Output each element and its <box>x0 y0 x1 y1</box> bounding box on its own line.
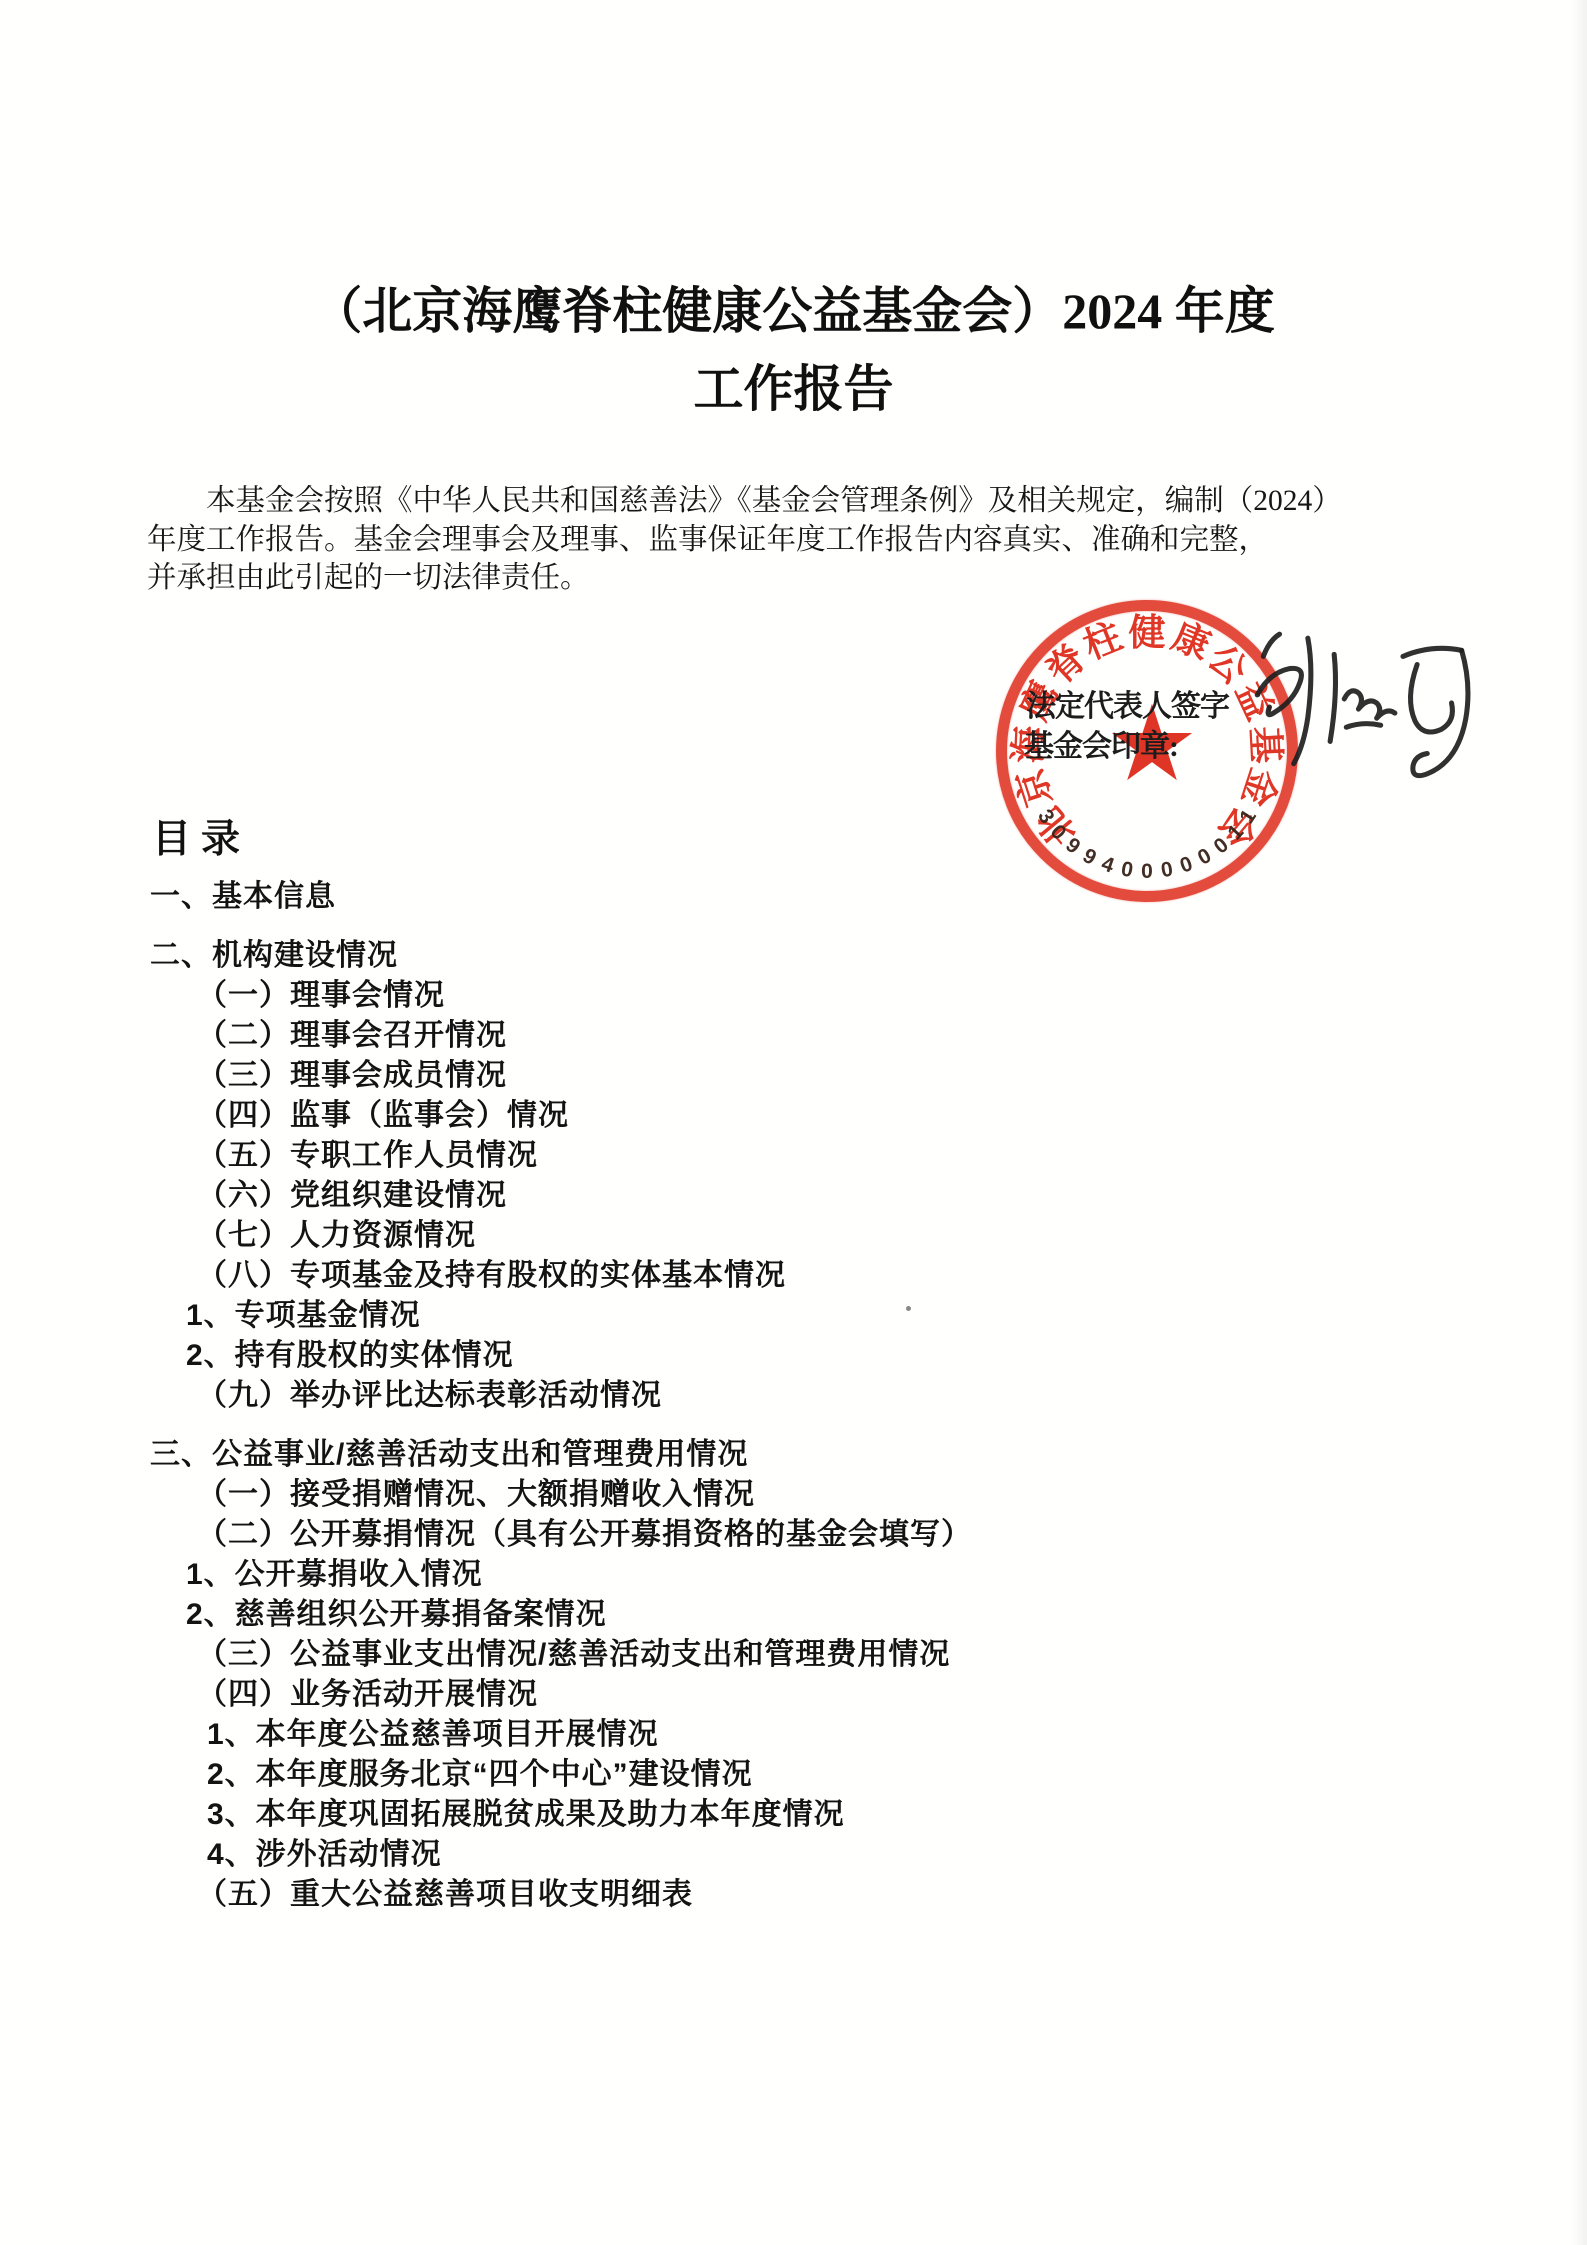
report-title: （北京海鹰脊柱健康公益基金会）2024 年度 工作报告 <box>0 272 1587 428</box>
toc-list: 一、基本信息 二、机构建设情况 （一）理事会情况 （二）理事会召开情况 （三）理… <box>0 877 1500 1915</box>
toc-item: 二、机构建设情况 <box>0 936 1500 976</box>
toc-item: （五）重大公益慈善项目收支明细表 <box>0 1875 1500 1915</box>
toc-item: 2、慈善组织公开募捐备案情况 <box>0 1595 1500 1635</box>
report-title-line1: （北京海鹰脊柱健康公益基金会）2024 年度 <box>0 272 1587 350</box>
toc-item: （四）业务活动开展情况 <box>0 1675 1500 1715</box>
toc-item: （一）接受捐赠情况、大额捐赠收入情况 <box>0 1475 1500 1515</box>
toc-item: （三）理事会成员情况 <box>0 1056 1500 1096</box>
toc-item: （二）公开募捐情况（具有公开募捐资格的基金会填写） <box>0 1515 1500 1555</box>
toc-item: （九）举办评比达标表彰活动情况 <box>0 1376 1500 1416</box>
handwritten-signature <box>1248 620 1478 792</box>
scan-artifact-dot <box>906 1306 911 1311</box>
toc-item: （四）监事（监事会）情况 <box>0 1096 1500 1136</box>
toc-item: 2、本年度服务北京“四个中心”建设情况 <box>0 1755 1500 1795</box>
toc-item: （七）人力资源情况 <box>0 1216 1500 1256</box>
toc-item: 1、公开募捐收入情况 <box>0 1555 1500 1595</box>
declaration-line: 并承担由此引起的一切法律责任。 <box>147 559 1457 598</box>
toc-item: （五）专职工作人员情况 <box>0 1136 1500 1176</box>
toc-heading: 目录 <box>152 808 250 864</box>
seal-ring-char: 健 <box>1128 613 1166 655</box>
toc-item: 3、本年度巩固拓展脱贫成果及助力本年度情况 <box>0 1795 1500 1835</box>
toc-item: （一）理事会情况 <box>0 976 1500 1016</box>
toc-item: （八）专项基金及持有股权的实体基本情况 <box>0 1256 1500 1296</box>
declaration-line: 年度工作报告。基金会理事会及理事、监事保证年度工作报告内容真实、准确和完整， <box>147 521 1457 560</box>
toc-item: （二）理事会召开情况 <box>0 1016 1500 1056</box>
toc-item: （三）公益事业支出情况/慈善活动支出和管理费用情况 <box>0 1635 1500 1675</box>
toc-item: 三、公益事业/慈善活动支出和管理费用情况 <box>0 1435 1500 1475</box>
declaration-paragraph: 本基金会按照《中华人民共和国慈善法》《基金会管理条例》及相关规定，编制（2024… <box>147 482 1457 598</box>
toc-item: 一、基本信息 <box>0 877 1500 917</box>
toc-item: 1、本年度公益慈善项目开展情况 <box>0 1715 1500 1755</box>
declaration-line: 本基金会按照《中华人民共和国慈善法》《基金会管理条例》及相关规定，编制（2024… <box>147 482 1457 521</box>
report-title-line2: 工作报告 <box>0 350 1587 428</box>
toc-item: 1、专项基金情况 <box>0 1296 1500 1336</box>
toc-item: 2、持有股权的实体情况 <box>0 1336 1500 1376</box>
foundation-seal-label: 基金会印章: <box>1024 721 1178 765</box>
scanned-report-page: （北京海鹰脊柱健康公益基金会）2024 年度 工作报告 本基金会按照《中华人民共… <box>0 0 1587 2245</box>
toc-item: 4、涉外活动情况 <box>0 1835 1500 1875</box>
legal-representative-signature-label: 法定代表人签字 <box>1026 681 1229 725</box>
toc-item: （六）党组织建设情况 <box>0 1176 1500 1216</box>
